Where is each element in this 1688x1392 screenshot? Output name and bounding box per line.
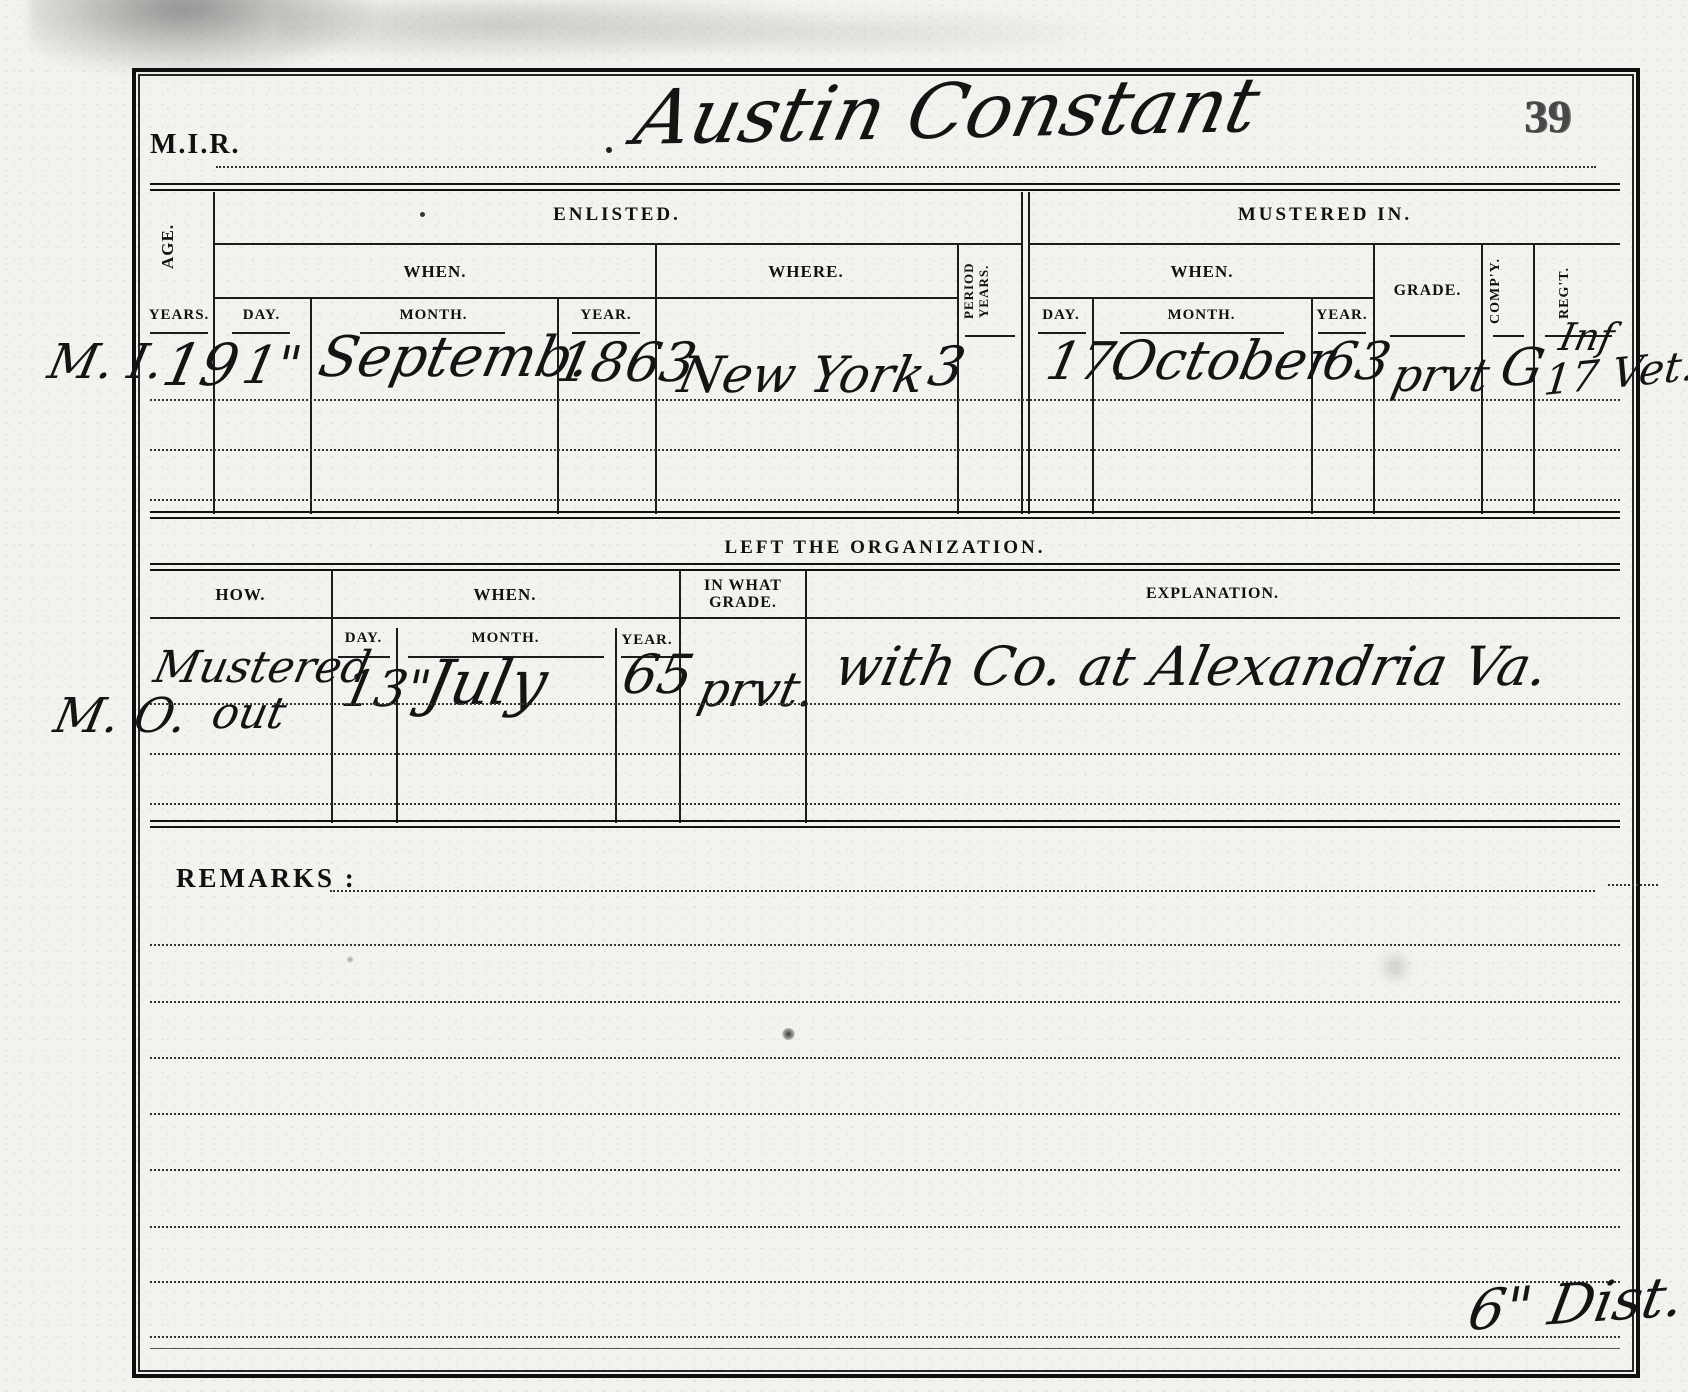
label-underline — [1390, 335, 1465, 337]
table-rule — [1028, 192, 1030, 514]
remarks-faint-rule — [150, 1348, 1620, 1349]
remarks-rule — [150, 1226, 1620, 1228]
where-column-label: WHERE. — [656, 263, 956, 281]
when-column-label: WHEN. — [331, 586, 679, 604]
table-rule — [213, 297, 957, 299]
mustered-year-column-label: YEAR. — [1311, 308, 1373, 324]
remarks-rule — [150, 1281, 1620, 1283]
in-what-grade-column-label: IN WHAT GRADE. — [683, 578, 803, 612]
record-row-rule — [150, 449, 1620, 451]
form-code-label: M.I.R. — [150, 130, 241, 159]
remarks-rule — [150, 944, 1620, 946]
record-row-rule — [150, 703, 1620, 705]
label-underline — [965, 335, 1015, 337]
enlisted-month-value: Septemb. — [314, 330, 596, 386]
remarks-rule — [150, 1169, 1620, 1171]
when-column-label: WHEN. — [213, 263, 657, 281]
table-rule — [1021, 192, 1023, 514]
scanned-muster-card: { "header": { "form_code": "M.I.R.", "na… — [0, 0, 1688, 1392]
mustered-in-section-label: MUSTERED IN. — [1030, 205, 1620, 225]
years-column-label: YEARS. — [145, 308, 213, 324]
margin-note-mustered-out: M. O. — [50, 692, 192, 740]
mustered-month-column-label: MONTH. — [1092, 308, 1311, 324]
table-bottom-divider — [150, 511, 1620, 519]
explanation-column-label: EXPLANATION. — [805, 586, 1620, 603]
day-column-label: DAY. — [213, 308, 310, 324]
table-rule — [150, 617, 1620, 619]
district-note: 6" Dist. — [1464, 1269, 1688, 1340]
age-column-label: AGE. — [158, 202, 198, 290]
remarks-rule — [150, 1057, 1620, 1059]
left-org-title: LEFT THE ORGANIZATION. — [150, 538, 1620, 558]
margin-note-mustered-in: M. I. — [44, 338, 168, 386]
left-grade-value: prvt. — [694, 666, 820, 714]
enlisted-day-value: 1" — [238, 340, 306, 392]
left-org-bottom-divider — [150, 820, 1620, 828]
left-year-value: 65 — [618, 648, 698, 702]
remarks-rule — [150, 1001, 1620, 1003]
month-column-label: MONTH. — [310, 308, 557, 324]
table-rule — [310, 298, 312, 514]
enlisted-where-value: New York — [674, 350, 930, 400]
ink-dot — [606, 147, 612, 153]
month-column-label: MONTH. — [396, 631, 615, 647]
remarks-label: REMARKS : — [176, 864, 357, 892]
how-value-line1: Mustered — [150, 646, 374, 690]
label-underline — [1493, 335, 1524, 337]
scan-smudge-top-right — [560, 8, 1120, 58]
record-row-rule — [150, 753, 1620, 755]
remarks-rule-fragment — [1608, 884, 1658, 886]
table-rule — [1030, 297, 1373, 299]
mustered-when-column-label: WHEN. — [1030, 263, 1374, 281]
table-rule — [213, 243, 1021, 245]
how-value-line2: out — [208, 692, 290, 736]
remarks-rule — [150, 1336, 1620, 1338]
table-rule — [615, 628, 617, 823]
table-rule — [1030, 243, 1620, 245]
record-row-rule — [150, 803, 1620, 805]
remarks-rule — [150, 1113, 1620, 1115]
mustered-day-column-label: DAY. — [1030, 308, 1092, 324]
year-column-label: YEAR. — [557, 308, 655, 324]
enlisted-section-label: ENLISTED. — [213, 205, 1021, 225]
page-number: 39 — [1524, 90, 1571, 144]
table-rule — [331, 571, 333, 823]
grade-value: prvt — [1388, 352, 1494, 398]
left-org-title-divider — [150, 563, 1620, 571]
name-rule — [216, 166, 1596, 168]
header-divider — [150, 183, 1620, 191]
company-column-label: COMP'Y. — [1488, 248, 1526, 334]
how-column-label: HOW. — [150, 586, 331, 604]
record-row-rule — [150, 499, 1620, 501]
age-value: 19 — [158, 336, 244, 394]
table-rule — [396, 628, 398, 823]
table-rule — [1092, 298, 1094, 514]
mustered-year-value: 63 — [1318, 336, 1395, 388]
mustered-month-value: October — [1106, 334, 1339, 388]
explanation-value: with Co. at Alexandria Va. — [830, 640, 1553, 694]
soldier-name: Austin Constant — [628, 67, 1266, 156]
grade-column-label: GRADE. — [1374, 283, 1481, 300]
period-years-column-label: PERIOD YEARS. — [962, 250, 1018, 332]
remarks-rule — [330, 890, 1595, 892]
